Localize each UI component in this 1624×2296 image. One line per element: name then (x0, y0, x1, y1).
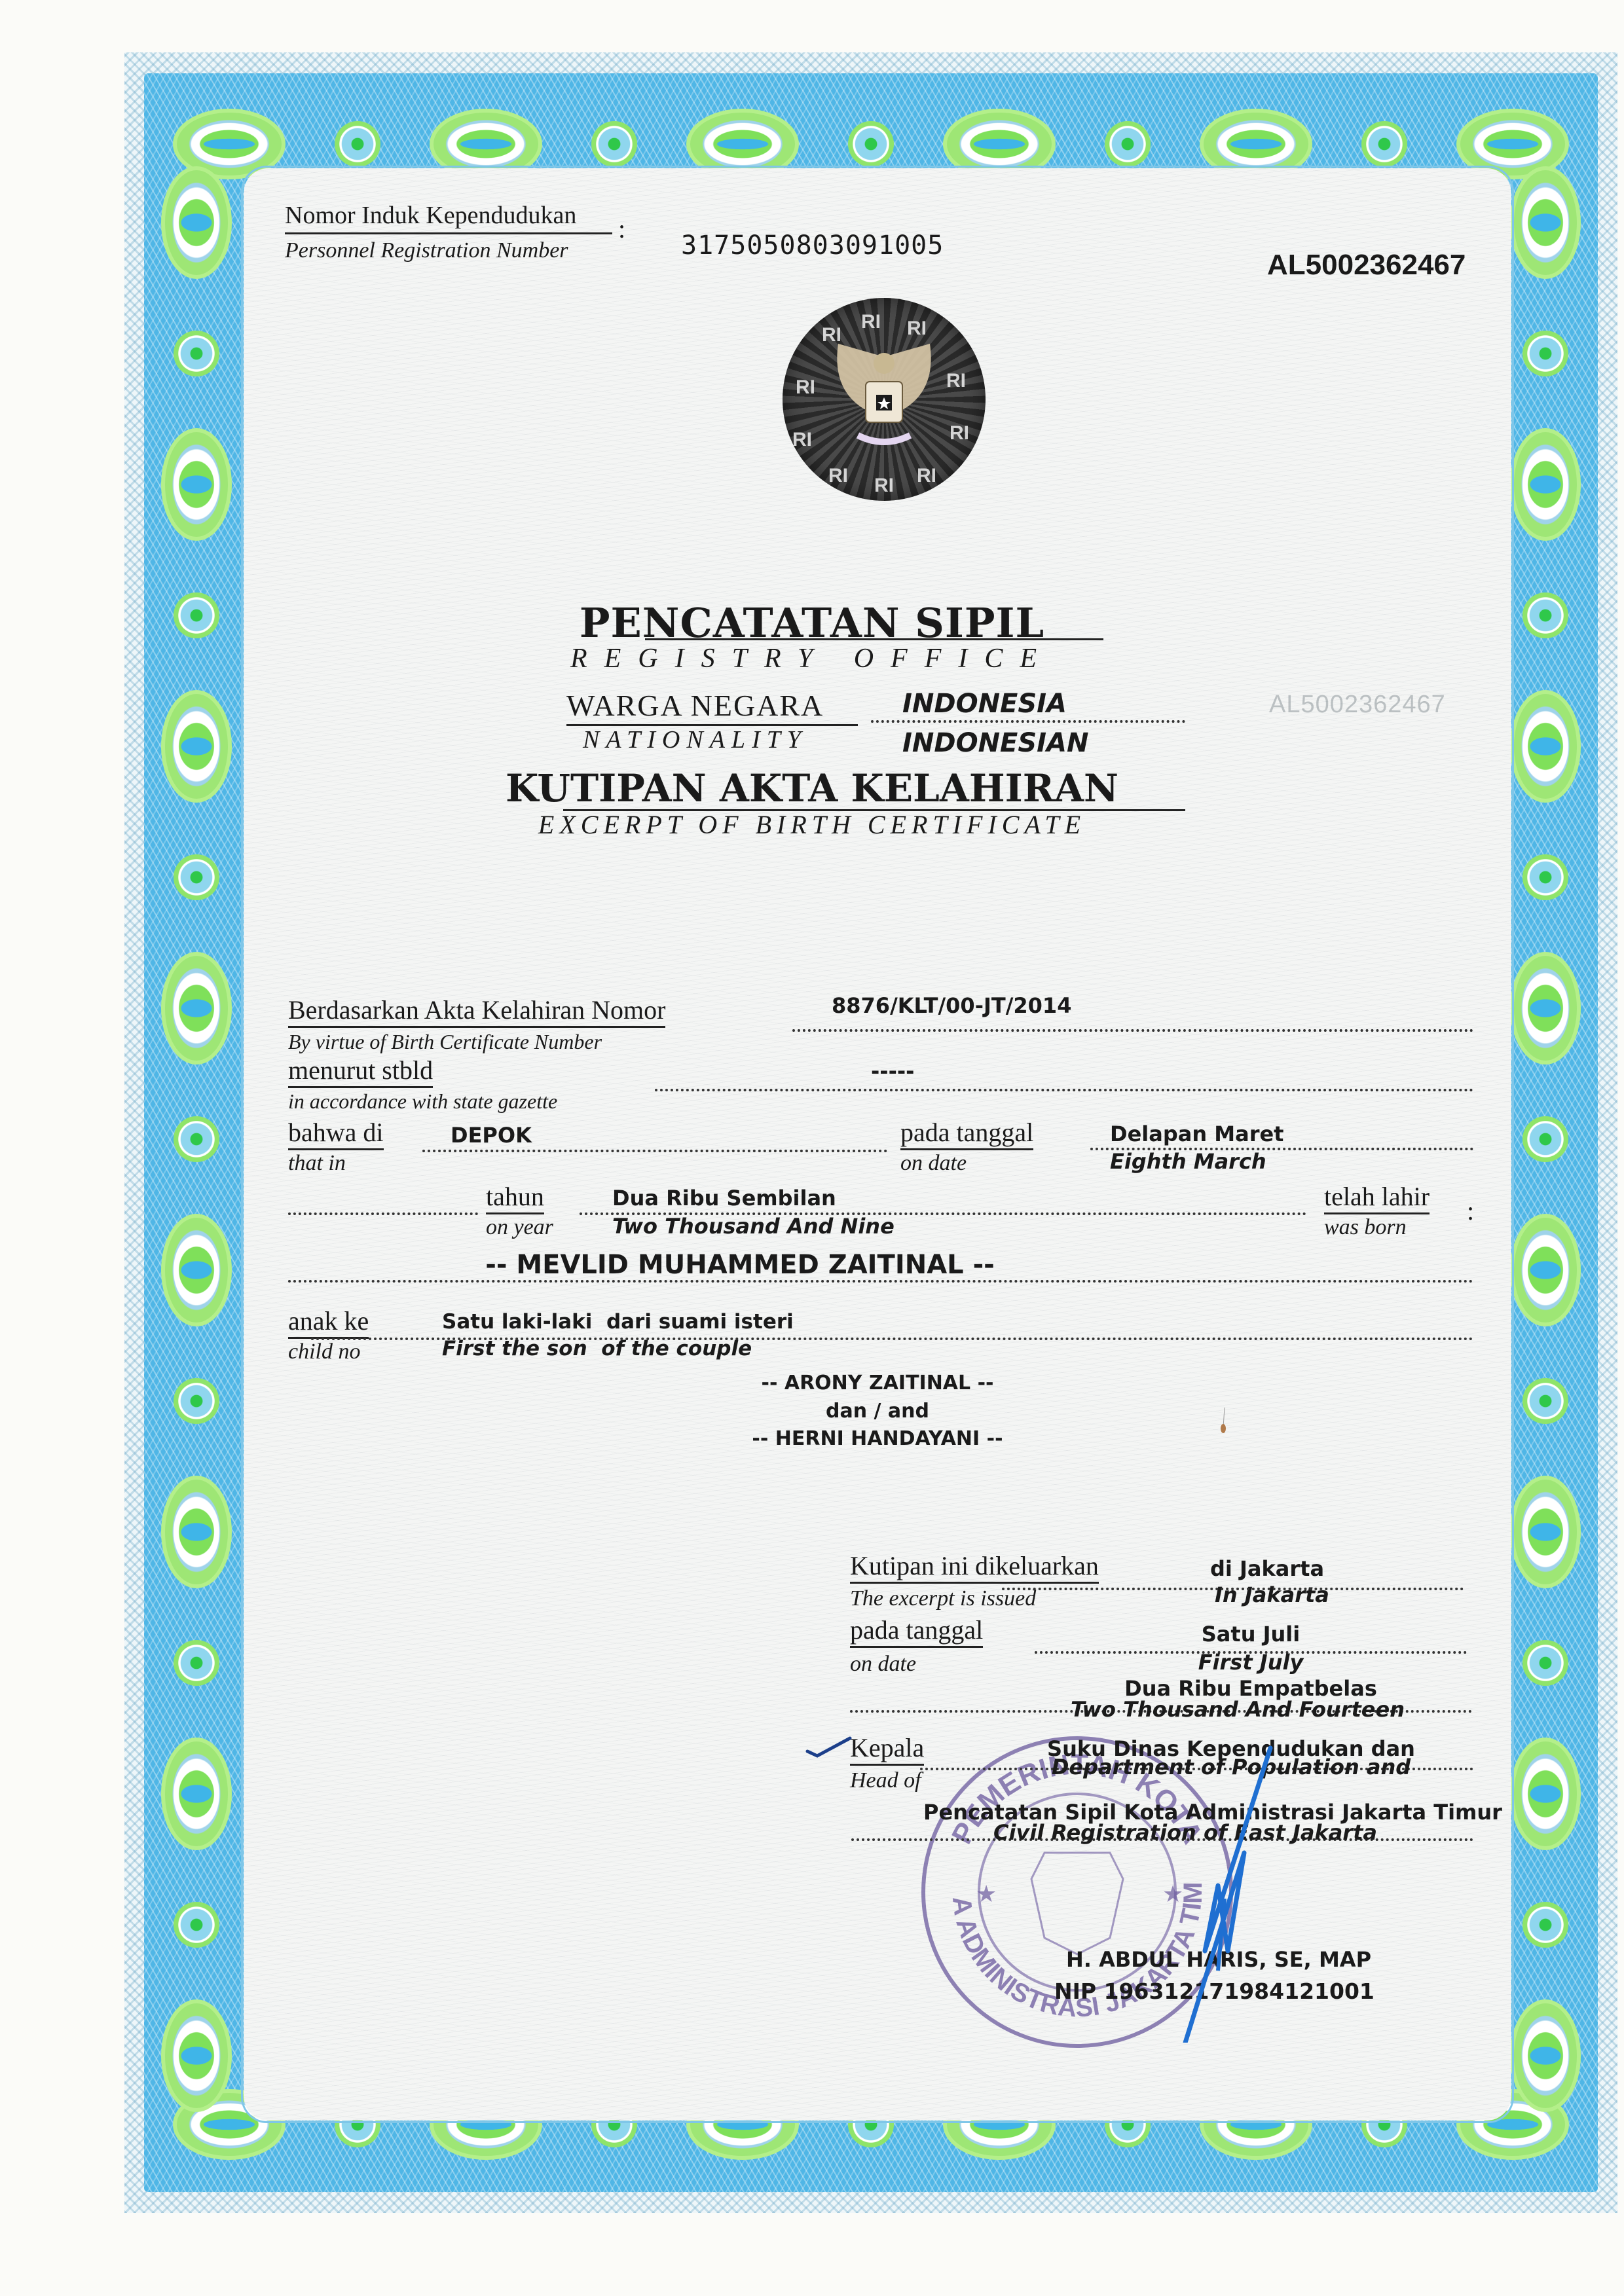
ornament-dot-icon (174, 331, 219, 376)
birth-year-value: Dua Ribu Sembilan (612, 1188, 836, 1209)
issue-year-value-en: Two Thousand And Fourteen (982, 1699, 1493, 1720)
nationality-label-en: NATIONALITY (583, 725, 807, 754)
hologram-ri-text: RI (950, 422, 969, 445)
place-value: DEPOK (451, 1125, 532, 1146)
mother-name: -- HERNI HANDAYANI -- (288, 1429, 1467, 1449)
ornament-lens-icon (165, 170, 228, 275)
svg-text:★: ★ (976, 1881, 997, 1907)
document-title: KUTIPAN AKTA KELAHIRAN (0, 766, 1624, 811)
nik-value: 3175050803091005 (681, 230, 944, 261)
head-label-en: Head of (850, 1770, 921, 1792)
cert-number-dotted-line (792, 1029, 1473, 1032)
office-title-underline (645, 638, 1103, 640)
ornament-dot-icon (174, 1640, 219, 1686)
issue-date-value: Satu Juli (1035, 1624, 1467, 1645)
nationality-value-en: INDONESIAN (902, 730, 1089, 756)
ornament-dot-icon (1522, 854, 1568, 900)
ornament-dot-icon (174, 1116, 219, 1162)
child-name: -- MEVLID MUHAMMED ZAITINAL -- (288, 1252, 1192, 1278)
hologram-ri-text: RI (917, 465, 936, 487)
stbld-dotted-line (655, 1089, 1473, 1091)
ornament-dot-icon (1361, 121, 1407, 167)
hologram-ri-text: RI (828, 465, 848, 487)
was-born-label: telah lahir (1324, 1184, 1430, 1214)
ornament-dot-icon (335, 121, 380, 167)
ornament-lens-icon (1514, 1218, 1577, 1322)
paper-speck-icon (1211, 1408, 1238, 1434)
ornament-dot-icon (848, 121, 894, 167)
garuda-hologram-emblem: RI RI RI RI RI RI RI RI RI RI (783, 298, 986, 501)
birth-year-label: tahun (486, 1184, 544, 1214)
serial-watermark: AL5002362467 (1269, 691, 1446, 719)
birth-date-value: Delapan Maret (1110, 1123, 1283, 1144)
ornament-dot-icon (1522, 1378, 1568, 1424)
hologram-ri-text: RI (874, 475, 894, 497)
child-no-value-en: First the son of the couple (442, 1339, 752, 1359)
was-born-label-en: was born (1324, 1216, 1407, 1239)
nationality-dotted-line (871, 720, 1185, 723)
ornament-lens-icon (165, 2003, 228, 2108)
birth-date-value-en: Eighth March (1110, 1151, 1266, 1172)
issue-year-value: Dua Ribu Empatbelas (1035, 1678, 1467, 1699)
ornament-lens-icon (1514, 1741, 1577, 1846)
hologram-ri-text: RI (796, 376, 815, 399)
birth-date-label: pada tanggal (900, 1120, 1033, 1150)
child-no-dotted-line (311, 1338, 1473, 1340)
ornament-lens-icon (165, 1480, 228, 1584)
issued-place-dotted-line (1002, 1588, 1464, 1590)
place-dotted-line (422, 1150, 887, 1152)
cert-number-value: 8876/KLT/00-JT/2014 (832, 995, 1071, 1016)
ornament-lens-icon (1514, 432, 1577, 537)
ornament-lens-icon (165, 1741, 228, 1846)
ornament-lens-icon (165, 432, 228, 537)
ornament-lens-icon (1514, 1480, 1577, 1584)
birth-date-dotted-line (1090, 1148, 1473, 1150)
hologram-ri-text: RI (792, 429, 812, 451)
head-label: Kepala (850, 1735, 924, 1766)
issue-date-label-en: on date (850, 1653, 916, 1675)
stbld-label: menurut stbld (288, 1057, 433, 1088)
ornament-lens-icon (1514, 2003, 1577, 2108)
cert-number-label: Berdasarkan Akta Kelahiran Nomor (288, 997, 665, 1028)
ornament-lens-icon (1514, 170, 1577, 275)
nik-colon: : (618, 216, 625, 242)
ornament-dot-icon (174, 1378, 219, 1424)
checkmark-pen-icon (804, 1735, 853, 1761)
ornament-dot-icon (1522, 1640, 1568, 1686)
issue-date-value-en: First July (1035, 1652, 1467, 1673)
was-born-colon: : (1467, 1198, 1474, 1224)
ornament-dot-icon (591, 121, 637, 167)
child-name-dotted-line (288, 1280, 1473, 1283)
serial-number: AL5002362467 (1267, 249, 1466, 282)
child-no-label-en: child no (288, 1341, 360, 1363)
place-label: bahwa di (288, 1120, 384, 1150)
issued-place-value: di Jakarta (1210, 1558, 1324, 1579)
ornament-lens-icon (165, 1218, 228, 1322)
nik-label-underline (285, 232, 612, 234)
place-label-en: that in (288, 1152, 346, 1175)
ornament-dot-icon (1522, 1902, 1568, 1948)
birth-date-label-en: on date (900, 1152, 967, 1175)
nationality-value: INDONESIA (902, 691, 1067, 717)
cert-number-label-en: By virtue of Birth Certificate Number (288, 1031, 602, 1052)
father-name: -- ARONY ZAITINAL -- (288, 1374, 1467, 1393)
office-title-en: REGISTRY OFFICE (0, 643, 1624, 674)
birth-year-label-en: on year (486, 1216, 553, 1239)
conjunction-text: dan / and (288, 1402, 1467, 1421)
ornament-lens-icon (1514, 956, 1577, 1061)
issue-date-label: pada tanggal (850, 1617, 983, 1648)
nik-label-en: Personnel Registration Number (285, 240, 568, 262)
nationality-label: WARGA NEGARA (566, 691, 824, 721)
birth-year-dotted-line (580, 1212, 1306, 1215)
handwritten-signature (1179, 1735, 1297, 2043)
hologram-ri-text: RI (861, 311, 881, 333)
left-ornament-band (154, 170, 239, 2108)
stbld-value: ----- (871, 1061, 914, 1082)
ornament-dot-icon (1105, 121, 1151, 167)
birth-year-value-en: Two Thousand And Nine (612, 1216, 895, 1237)
stbld-label-en: in accordance with state gazette (288, 1091, 557, 1112)
issued-label-en: The excerpt is issued (850, 1588, 1036, 1610)
document-title-en: EXCERPT OF BIRTH CERTIFICATE (0, 809, 1624, 840)
child-no-value: Satu laki-laki dari suami isteri (442, 1312, 794, 1332)
right-ornament-band (1503, 170, 1588, 2108)
child-no-label: anak ke (288, 1308, 369, 1339)
ornament-dot-icon (1522, 331, 1568, 376)
year-leading-dotted-line (288, 1212, 478, 1215)
ornament-lens-icon (165, 956, 228, 1061)
ornament-dot-icon (174, 1902, 219, 1948)
issued-label: Kutipan ini dikeluarkan (850, 1553, 1099, 1584)
ornament-dot-icon (174, 854, 219, 900)
ornament-dot-icon (1522, 1116, 1568, 1162)
nik-label: Nomor Induk Kependudukan (285, 203, 576, 228)
garuda-icon (819, 331, 950, 462)
